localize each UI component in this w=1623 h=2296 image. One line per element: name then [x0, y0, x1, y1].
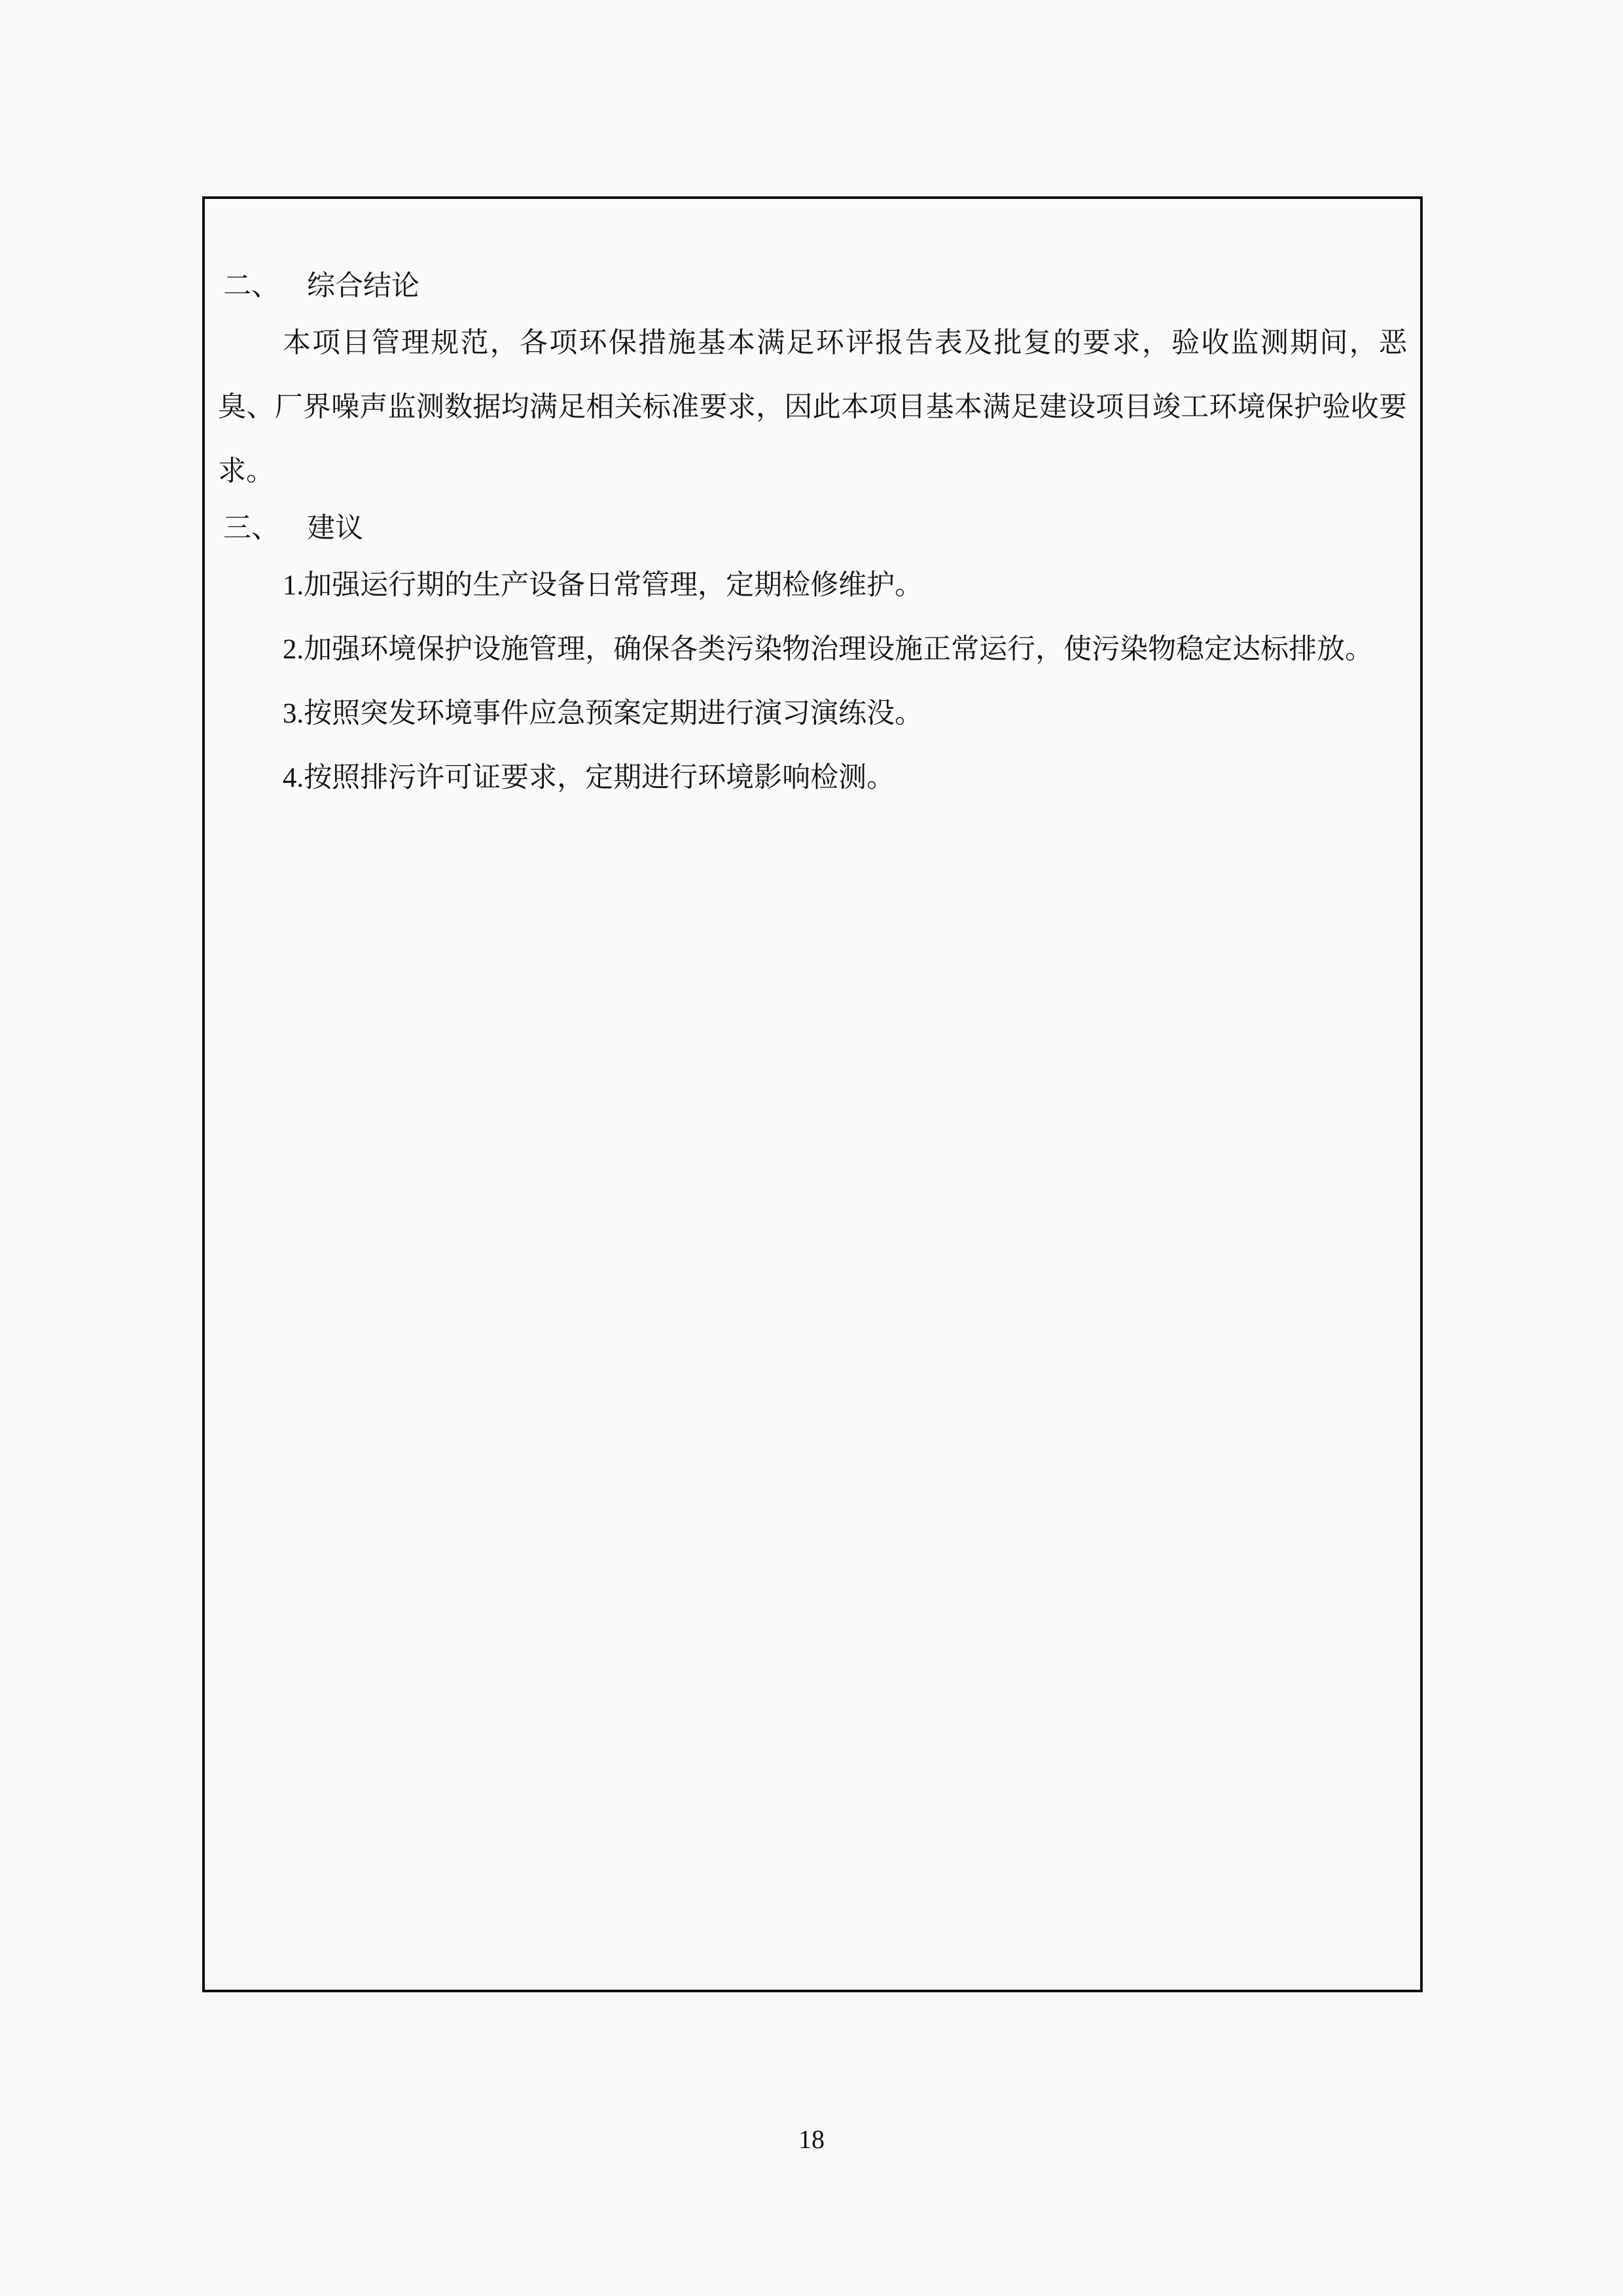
document-page: 二、综合结论 本项目管理规范，各项环保措施基本满足环评报告表及批复的要求，验收监… [0, 0, 1623, 2296]
suggestion-item-1: 1.加强运行期的生产设备日常管理，定期检修维护。 [218, 554, 1407, 618]
section-title: 建议 [307, 504, 363, 554]
conclusion-paragraph: 本项目管理规范，各项环保措施基本满足环评报告表及批复的要求，验收监测期间，恶臭、… [218, 312, 1407, 504]
content-border-box: 二、综合结论 本项目管理规范，各项环保措施基本满足环评报告表及批复的要求，验收监… [202, 196, 1423, 1992]
page-number: 18 [0, 2124, 1623, 2155]
suggestion-item-2: 2.加强环境保护设施管理，确保各类污染物治理设施正常运行，使污染物稳定达标排放。 [218, 618, 1407, 682]
section-number: 三、 [223, 504, 279, 554]
section-title: 综合结论 [307, 262, 419, 312]
section-heading-suggestions: 三、建议 [223, 504, 1407, 554]
suggestion-item-3: 3.按照突发环境事件应急预案定期进行演习演练没。 [218, 682, 1407, 746]
section-number: 二、 [223, 262, 279, 312]
section-heading-conclusion: 二、综合结论 [223, 262, 1407, 312]
suggestion-item-4: 4.按照排污许可证要求，定期进行环境影响检测。 [218, 746, 1407, 810]
